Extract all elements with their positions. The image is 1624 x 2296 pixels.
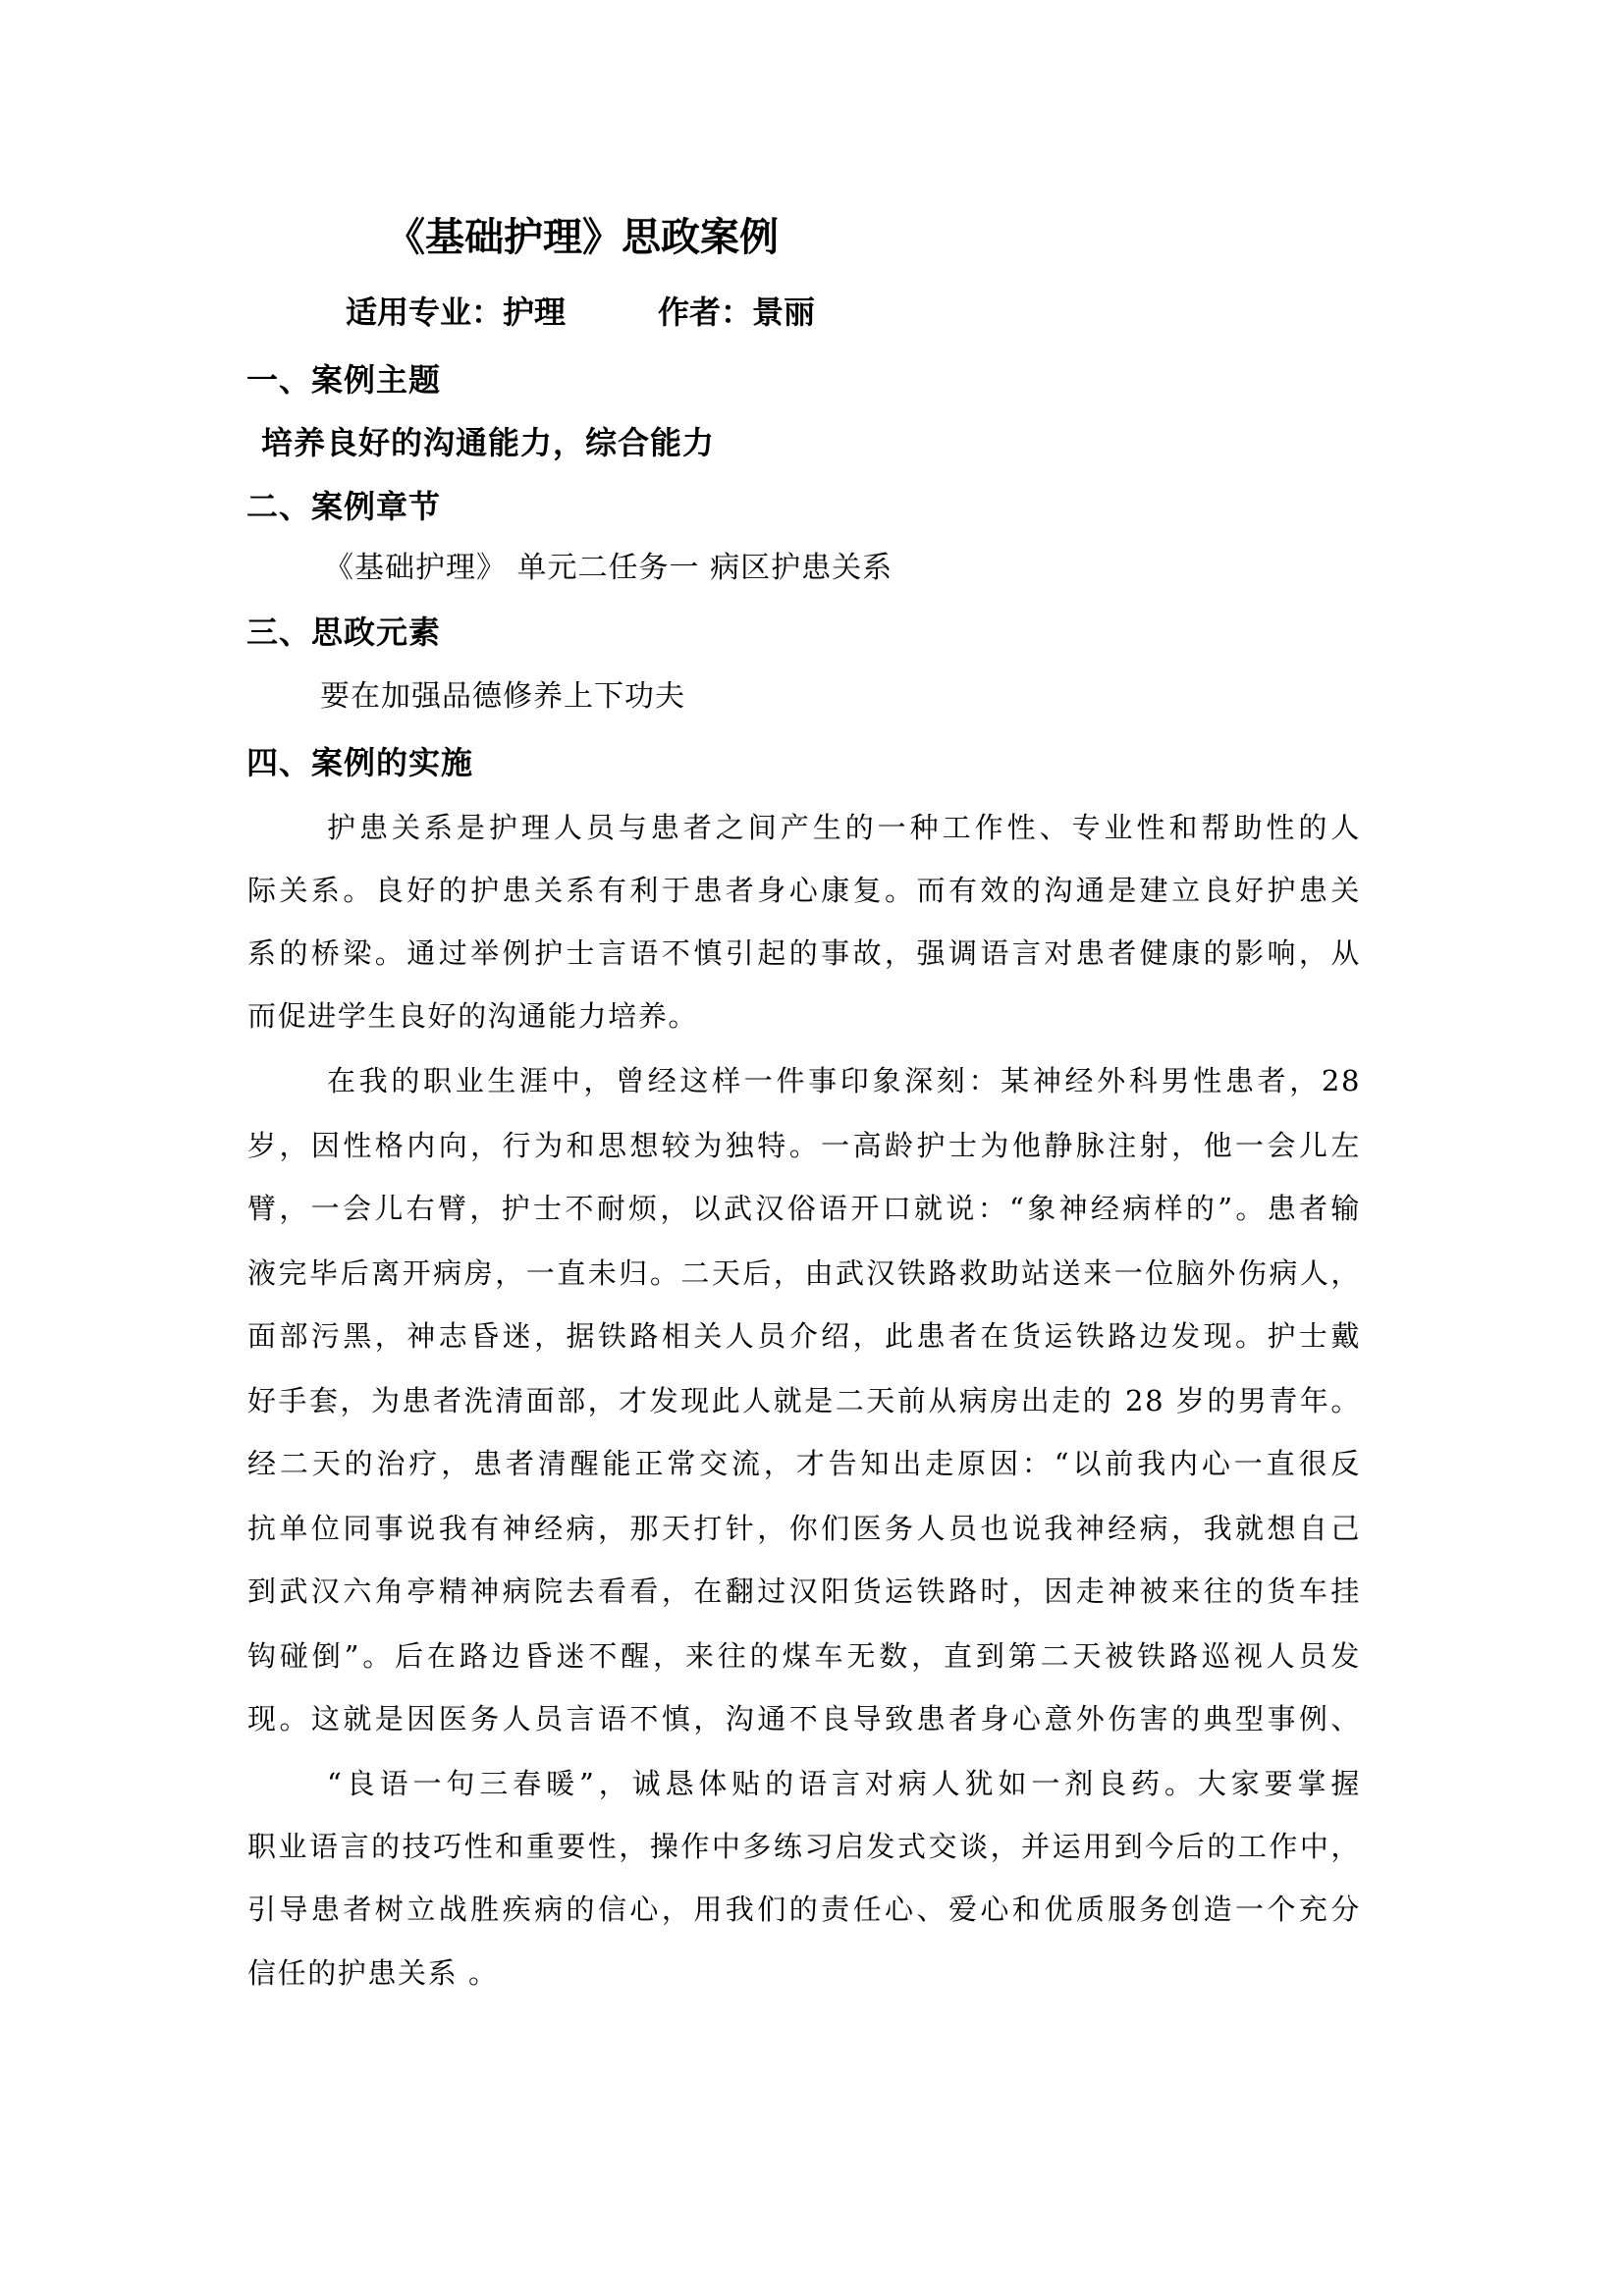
- document-page: 《基础护理》思政案例 适用专业：护理 作者：景丽 一、案例主题 培养良好的沟通能…: [0, 0, 1624, 2296]
- section-heading-elements: 三、思政元素: [246, 616, 441, 648]
- body-line: 而促进学生良好的沟通能力培养。: [247, 1002, 1361, 1031]
- body-line: 信任的护患关系 。: [247, 1959, 1361, 1988]
- body-line: 系的桥梁。通过举例护士言语不慎引起的事故，强调语言对患者健康的影响，从: [247, 939, 1361, 968]
- body-line: 钩碰倒”。后在路边昏迷不醒，来往的煤车无数，直到第二天被铁路巡视人员发: [247, 1642, 1361, 1671]
- body-line: 际关系。良好的护患关系有利于患者身心康复。而有效的沟通是建立良好护患关: [247, 877, 1361, 905]
- body-line: 液完毕后离开病房，一直未归。二天后，由武汉铁路救助站送来一位脑外伤病人，: [247, 1259, 1361, 1288]
- body-line: 岁，因性格内向，行为和思想较为独特。一高龄护士为他静脉注射，他一会儿左: [247, 1132, 1361, 1160]
- section-heading-theme: 一、案例主题: [246, 364, 441, 396]
- author: 作者：景丽: [658, 296, 815, 328]
- body-line: 现。这就是因医务人员言语不慎，沟通不良导致患者身心意外伤害的典型事例、: [247, 1705, 1361, 1734]
- section-heading-chapter: 二、案例章节: [246, 491, 441, 522]
- applicable-major: 适用专业：护理: [346, 296, 566, 328]
- body-line: 引导患者树立战胜疾病的信心，用我们的责任心、爱心和优质服务创造一个充分: [247, 1896, 1361, 1924]
- body-line: 好手套，为患者洗清面部，才发现此人就是二天前从病房出走的 28 岁的男青年。: [247, 1387, 1361, 1415]
- body-line: “良语一句三春暖”，诚恳体贴的语言对病人犹如一剂良药。大家要掌握: [327, 1770, 1361, 1798]
- section-heading-implementation: 四、案例的实施: [246, 747, 473, 778]
- body-line: 职业语言的技巧性和重要性，操作中多练习启发式交谈，并运用到今后的工作中，: [247, 1833, 1361, 1861]
- body-line: 面部污黑，神志昏迷，据铁路相关人员介绍，此患者在货运铁路边发现。护士戴: [247, 1322, 1361, 1351]
- body-line: 在我的职业生涯中，曾经这样一件事印象深刻：某神经外科男性患者，28: [327, 1067, 1361, 1095]
- section-content-theme: 培养良好的沟通能力，综合能力: [261, 427, 715, 458]
- body-line: 经二天的治疗，患者清醒能正常交流，才告知出走原因：“以前我内心一直很反: [247, 1450, 1361, 1478]
- body-line: 到武汉六角亭精神病院去看看，在翻过汉阳货运铁路时，因走神被来往的货车挂: [247, 1577, 1361, 1606]
- document-title: 《基础护理》思政案例: [386, 218, 779, 257]
- section-content-elements: 要在加强品德修养上下功夫: [320, 682, 685, 712]
- body-line: 护患关系是护理人员与患者之间产生的一种工作性、专业性和帮助性的人: [327, 814, 1361, 842]
- body-line: 抗单位同事说我有神经病，那天打针，你们医务人员也说我神经病，我就想自己: [247, 1515, 1361, 1543]
- body-line: 臂，一会儿右臂，护士不耐烦，以武汉俗语开口就说：“象神经病样的”。患者输: [247, 1195, 1361, 1223]
- section-content-chapter: 《基础护理》 单元二任务一 病区护患关系: [324, 554, 893, 583]
